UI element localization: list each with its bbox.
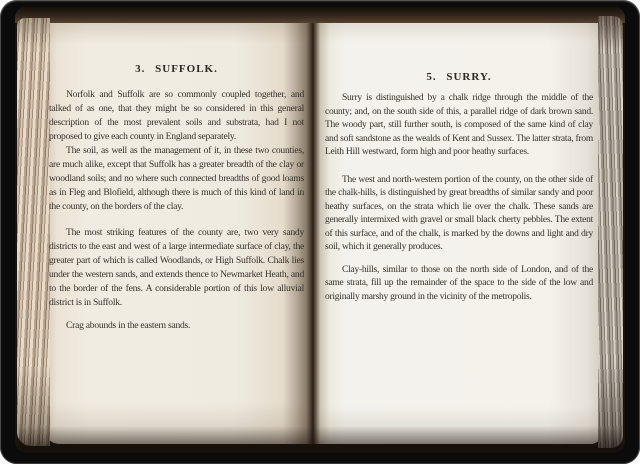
viewer-frame: 3. SUFFOLK. Norfolk and Suffolk are so c… xyxy=(0,0,640,464)
left-page-paragraph: The most striking features of the county… xyxy=(49,226,304,310)
left-page-content: 3. SUFFOLK. Norfolk and Suffolk are so c… xyxy=(49,56,304,333)
right-fore-edge-stack xyxy=(598,16,623,448)
left-page-paragraph: Crag abounds in the eastern sands. xyxy=(49,319,304,333)
left-page-paragraph: The soil, as well as the management of i… xyxy=(49,144,304,214)
right-page-paragraph: Surry is distinguished by a chalk ridge … xyxy=(325,92,593,160)
book-top-edge xyxy=(15,6,625,23)
left-page-heading: 3. SUFFOLK. xyxy=(49,63,304,75)
right-page-paragraph: Clay-hills, similar to those on the nort… xyxy=(325,264,593,305)
right-page-paragraph: The west and north-western portion of th… xyxy=(325,174,593,255)
book-spread: 3. SUFFOLK. Norfolk and Suffolk are so c… xyxy=(15,6,625,453)
left-page-paragraph: Norfolk and Suffolk are so commonly coup… xyxy=(49,88,304,144)
left-fore-edge-stack xyxy=(17,18,50,446)
right-page-heading: 5. SURRY. xyxy=(325,71,593,83)
right-page-content: 5. SURRY. Surry is distinguished by a ch… xyxy=(325,68,593,304)
